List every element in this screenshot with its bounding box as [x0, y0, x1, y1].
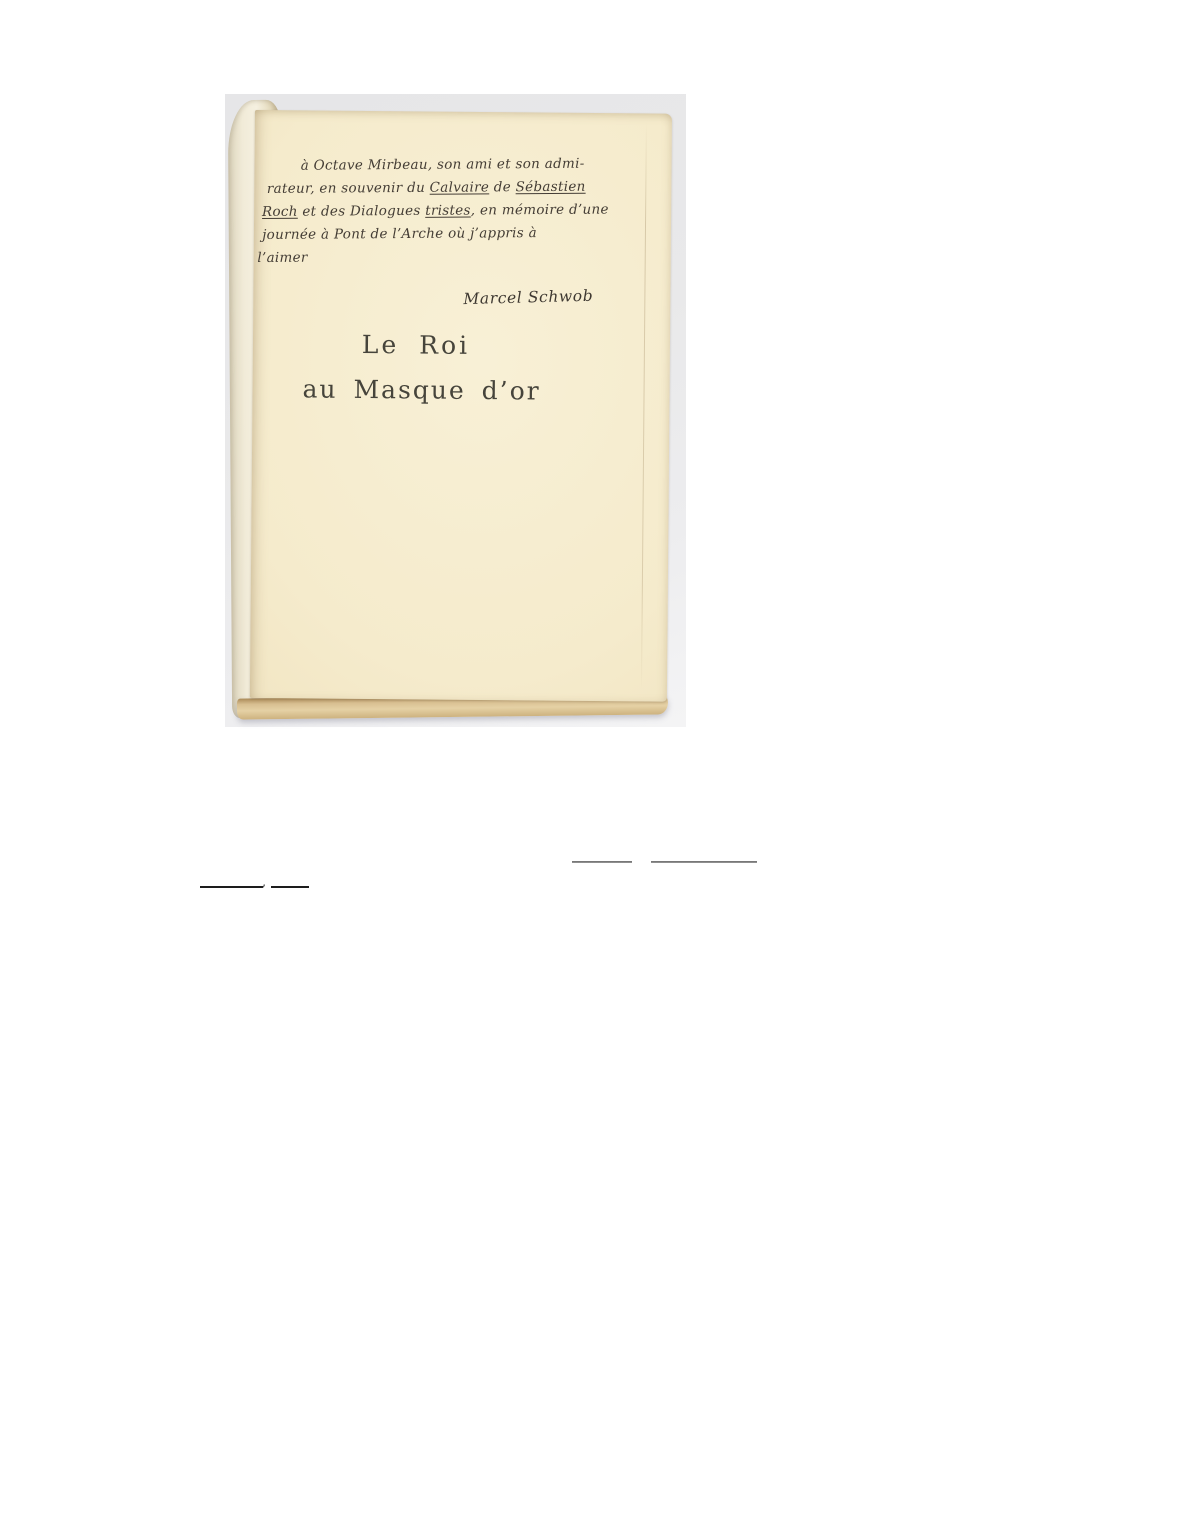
underlined-word-tristes: tristes [425, 203, 471, 219]
dedication-line-4: journée à Pont de l’Arche où j’appris à [257, 221, 619, 247]
dedication-text: de [489, 179, 516, 195]
book-photo: à Octave Mirbeau, son ami et son admi- r… [225, 94, 686, 727]
comma-mark: , [262, 875, 266, 890]
title-line-1: Le Roi [303, 329, 529, 360]
dedication-line-1: à Octave Mirbeau, son ami et son admi- [257, 152, 619, 178]
handwritten-dedication: à Octave Mirbeau, son ami et son admi- r… [257, 152, 620, 270]
underlined-word-roch: Roch [262, 204, 298, 220]
underlined-word-sebastien: Sébastien [516, 179, 586, 195]
author-signature: Marcel Schwob [463, 287, 593, 308]
title-line-2: au Masque d’or [302, 374, 528, 405]
blank-underline-3 [200, 886, 263, 888]
dedication-text: rateur, en souvenir du [267, 180, 430, 197]
blank-underline-4 [271, 886, 309, 888]
dedication-line-2: rateur, en souvenir du Calvaire de Sébas… [257, 175, 619, 201]
blank-underline-1 [572, 861, 632, 863]
blank-underline-2 [651, 861, 757, 863]
document-page: à Octave Mirbeau, son ami et son admi- r… [0, 0, 1198, 1515]
dedication-text: , en mémoire d’une [471, 202, 609, 219]
dedication-line-3: Roch et des Dialogues tristes, en mémoir… [257, 198, 619, 224]
dedication-line-5: l’aimer [257, 244, 619, 270]
half-title-page: à Octave Mirbeau, son ami et son admi- r… [250, 110, 672, 702]
half-title: Le Roi au Masque d’or [302, 329, 529, 405]
dedication-text: et des Dialogues [298, 203, 426, 220]
underlined-word-calvaire: Calvaire [430, 179, 490, 195]
